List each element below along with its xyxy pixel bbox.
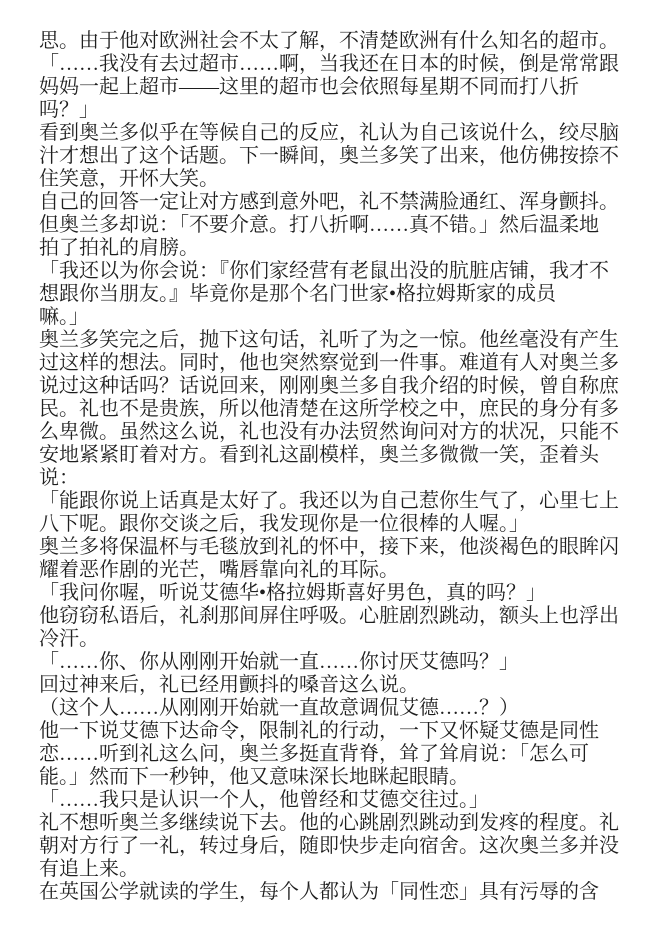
text-line: 朝对方行了一礼，转过身后，随即快步走向宿舍。这次奥兰多并没 [39, 835, 645, 858]
text-line: 「能跟你说上话真是太好了。我还以为自己惹你生气了，心里七上 [39, 490, 645, 513]
text-line: 说过这种话吗？话说回来，刚刚奥兰多自我介绍的时候，曾自称庶 [39, 375, 645, 398]
text-line: 说： [39, 467, 645, 490]
text-line: 耀着恶作剧的光芒，嘴唇靠向礼的耳际。 [39, 559, 645, 582]
text-line: （这个人……从刚刚开始就一直故意调侃艾德……？） [39, 697, 645, 720]
text-line: 恋……听到礼这么问，奥兰多挺直背脊，耸了耸肩说：「怎么可 [39, 743, 645, 766]
text-line: 「……我只是认识一个人，他曾经和艾德交往过。」 [39, 789, 645, 812]
text-line: 奥兰多笑完之后，抛下这句话，礼听了为之一惊。他丝毫没有产生 [39, 329, 645, 352]
text-line: 看到奥兰多似乎在等候自己的反应，礼认为自己该说什么，绞尽脑 [39, 122, 645, 145]
text-line: 自己的回答一定让对方感到意外吧，礼不禁满脸通红、浑身颤抖。 [39, 191, 645, 214]
text-line: 在英国公学就读的学生，每个人都认为「同性恋」具有污辱的含 [39, 881, 645, 904]
text-block: 思。由于他对欧洲社会不太了解，不清楚欧洲有什么知名的超市。 「……我没有去过超市… [39, 30, 645, 904]
text-line: 回过神来后，礼已经用颤抖的嗓音这么说。 [39, 674, 645, 697]
text-line: 「……你、你从刚刚开始就一直……你讨厌艾德吗？」 [39, 651, 645, 674]
text-line: 汁才想出了这个话题。下一瞬间，奥兰多笑了出来，他仿佛按捺不 [39, 145, 645, 168]
text-line: 想跟你当朋友。』毕竟你是那个名门世家•格拉姆斯家的成员 [39, 283, 645, 306]
text-line: 八下呢。跟你交谈之后，我发现你是一位很棒的人喔。」 [39, 513, 645, 536]
text-line: 他窃窃私语后，礼刹那间屏住呼吸。心脏剧烈跳动，额头上也浮出 [39, 605, 645, 628]
text-line: 「我问你喔，听说艾德华•格拉姆斯喜好男色，真的吗？」 [39, 582, 645, 605]
text-line: 「……我没有去过超市……啊，当我还在日本的时候，倒是常常跟 [39, 53, 645, 76]
text-line: 吗？」 [39, 99, 645, 122]
text-line: 拍了拍礼的肩膀。 [39, 237, 645, 260]
text-line: 住笑意，开怀大笑。 [39, 168, 645, 191]
text-line: 安地紧紧盯着对方。看到礼这副模样，奥兰多微微一笑，歪着头 [39, 444, 645, 467]
novel-page: 思。由于他对欧洲社会不太了解，不清楚欧洲有什么知名的超市。 「……我没有去过超市… [0, 0, 662, 935]
text-line: 思。由于他对欧洲社会不太了解，不清楚欧洲有什么知名的超市。 [39, 30, 645, 53]
text-line: 冷汗。 [39, 628, 645, 651]
text-line: 「我还以为你会说：『你们家经营有老鼠出没的肮脏店铺，我才不 [39, 260, 645, 283]
text-line: 妈妈一起上超市——这里的超市也会依照每星期不同而打八折 [39, 76, 645, 99]
text-line: 礼不想听奥兰多继续说下去。他的心跳剧烈跳动到发疼的程度。礼 [39, 812, 645, 835]
text-line: 嘛。」 [39, 306, 645, 329]
text-line: 有追上来。 [39, 858, 645, 881]
text-line: 过这样的想法。同时，他也突然察觉到一件事。难道有人对奥兰多 [39, 352, 645, 375]
text-line: 民。礼也不是贵族，所以他清楚在这所学校之中，庶民的身分有多 [39, 398, 645, 421]
text-line: 他一下说艾德下达命令，限制礼的行动，一下又怀疑艾德是同性 [39, 720, 645, 743]
text-line: 但奥兰多却说：「不要介意。打八折啊……真不错。」然后温柔地 [39, 214, 645, 237]
text-line: 能。」然而下一秒钟，他又意味深长地眯起眼睛。 [39, 766, 645, 789]
text-line: 奥兰多将保温杯与毛毯放到礼的怀中，接下来，他淡褐色的眼眸闪 [39, 536, 645, 559]
text-line: 么卑微。虽然这么说，礼也没有办法贸然询问对方的状况，只能不 [39, 421, 645, 444]
